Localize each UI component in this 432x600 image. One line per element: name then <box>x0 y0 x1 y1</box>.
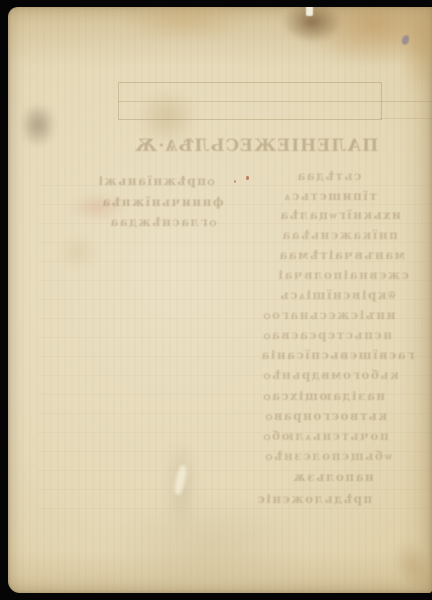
red-ink-speck <box>246 176 249 180</box>
red-initial-showthrough <box>68 193 126 221</box>
stain-gray-streak <box>166 437 196 532</box>
stain-top-right-tan <box>300 7 432 65</box>
ruling-line <box>380 118 432 119</box>
stain-left-dark-smudge <box>20 103 56 147</box>
stain-mid-left <box>58 235 98 269</box>
stain-right-corner-tan <box>400 7 432 97</box>
manuscript-page <box>8 7 432 593</box>
stain-bottom-right-streak <box>384 532 432 593</box>
stain-top-left-tan <box>120 7 250 43</box>
ruling-line <box>118 101 432 102</box>
purple-ink-speck <box>401 34 411 46</box>
red-ink-speck <box>234 180 236 183</box>
edge-notch-top <box>306 7 313 16</box>
crease-highlight <box>173 464 188 495</box>
stain-top-dark-brown <box>282 7 342 43</box>
ruling-striations <box>38 167 432 527</box>
stain-bottom-speckle-zone <box>113 497 303 593</box>
photo-background: { "scene": { "description": "Blank parch… <box>0 0 432 600</box>
